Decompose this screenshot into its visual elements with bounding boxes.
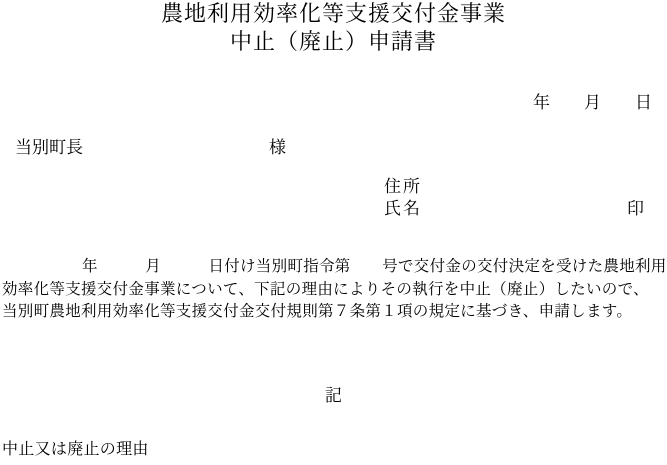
body-paragraph: 年 月 日付け当別町指令第 号で交付金の交付決定を受けた農地利用 効率化等支援交… (2, 256, 665, 324)
applicant-name-label: 氏名 (384, 199, 422, 219)
document-title-line2: 中止（廃止）申請書 (0, 29, 667, 54)
document-title-line1: 農地利用効率化等支援交付金事業 (0, 1, 667, 26)
date-blank-line: 年 月 日 (533, 93, 652, 113)
applicant-address-label: 住所 (384, 177, 422, 197)
body-line-2: 効率化等支援交付金事業について、下記の理由によりその執行を中止（廃止）したいので… (2, 279, 665, 302)
reason-heading: 中止又は廃止の理由 (2, 441, 149, 459)
body-line-3: 当別町農地利用効率化等支援交付金交付規則第７条第１項の規定に基づき、申請します。 (2, 301, 665, 324)
section-marker-ki: 記 (0, 386, 667, 406)
seal-mark: 印 (627, 199, 644, 219)
body-line-1: 年 月 日付け当別町指令第 号で交付金の交付決定を受けた農地利用 (2, 256, 665, 279)
application-form-page: 農地利用効率化等支援交付金事業 中止（廃止）申請書 年 月 日 当別町長 様 住… (0, 0, 667, 465)
addressee-honorific: 様 (269, 138, 286, 158)
addressee-name: 当別町長 (15, 138, 83, 158)
